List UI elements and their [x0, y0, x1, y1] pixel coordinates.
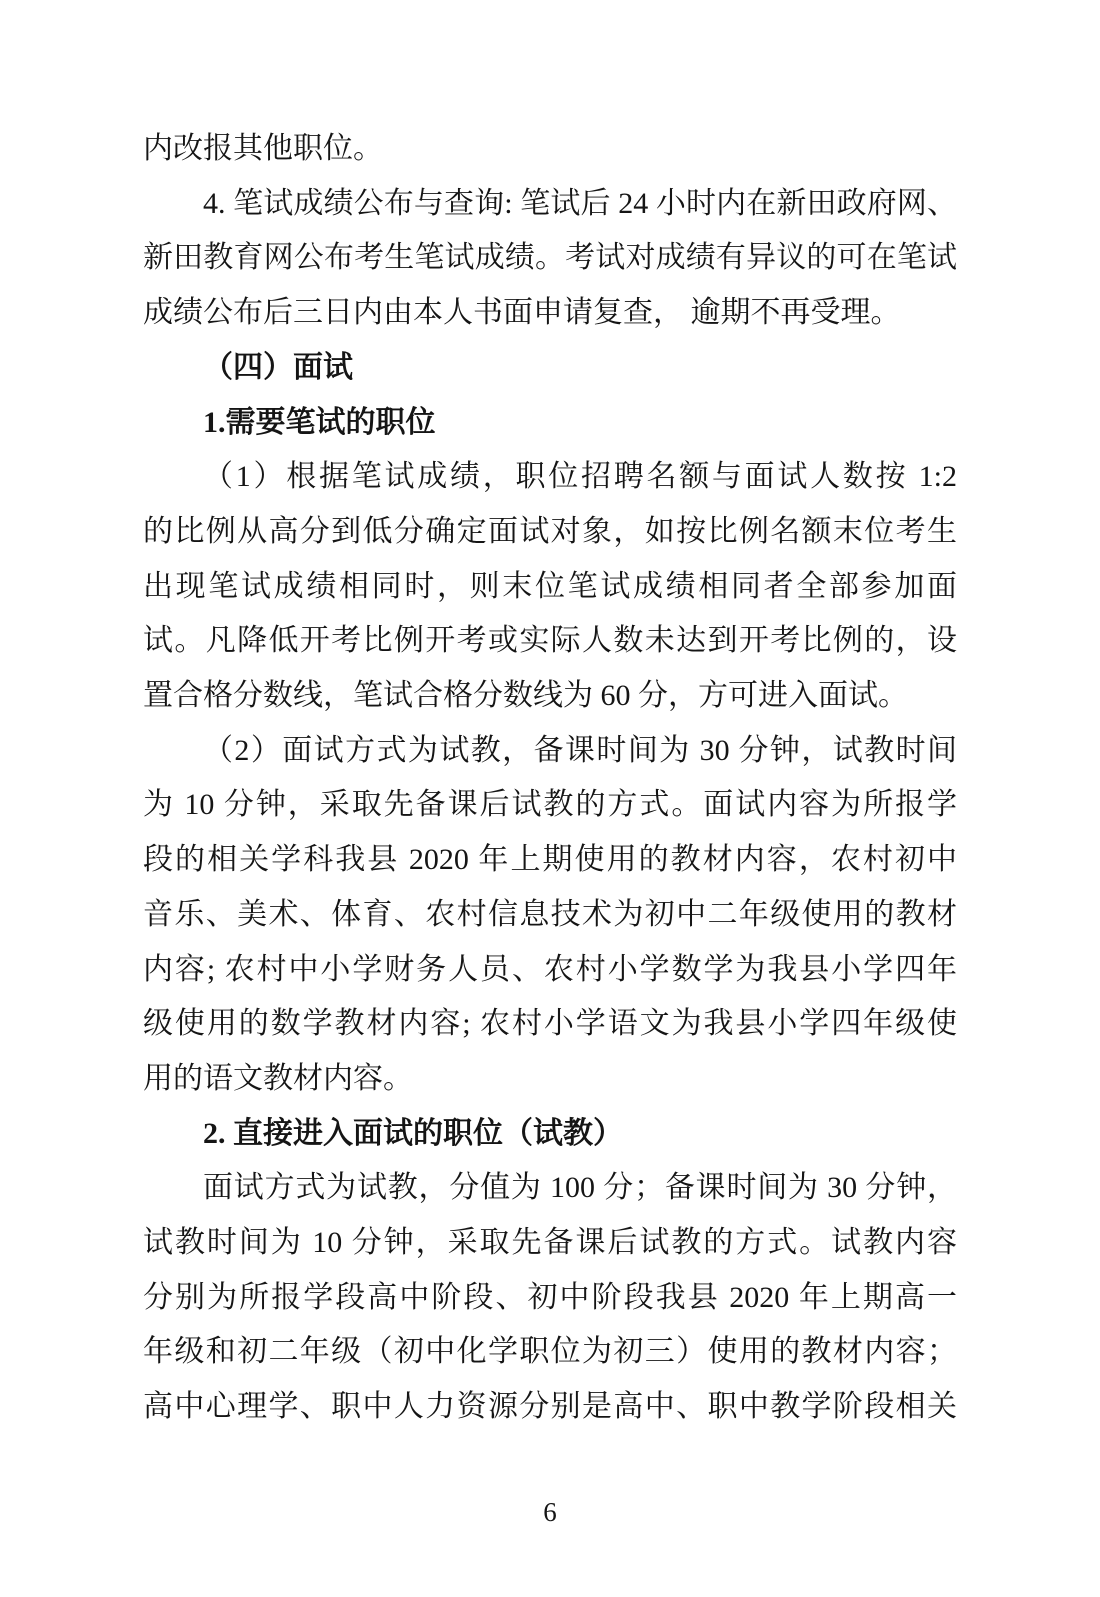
text-line: 用的语文教材内容。 [143, 1052, 957, 1107]
text-line: 新田教育网公布考生笔试成绩。考试对成绩有异议的可在笔试 [143, 231, 957, 286]
text-line: 置合格分数线，笔试合格分数线为 60 分，方可进入面试。 [143, 669, 957, 724]
section-heading: 2. 直接进入面试的职位（试教） [143, 1107, 957, 1162]
text-line: 年级和初二年级（初中化学职位为初三）使用的教材内容； [143, 1325, 957, 1380]
text-line: 高中心理学、职中人力资源分别是高中、职中教学阶段相关 [143, 1380, 957, 1435]
text-line: 为 10 分钟，采取先备课后试教的方式。面试内容为所报学 [143, 778, 957, 833]
text-line: 的比例从高分到低分确定面试对象，如按比例名额末位考生 [143, 505, 957, 560]
text-line: （1）根据笔试成绩，职位招聘名额与面试人数按 1:2 [143, 450, 957, 505]
text-line: 内改报其他职位。 [143, 122, 957, 177]
section-heading: 1.需要笔试的职位 [143, 396, 957, 451]
page-number: 6 [0, 1492, 1100, 1532]
text-line: 试。凡降低开考比例开考或实际人数未达到开考比例的，设 [143, 614, 957, 669]
text-line: 面试方式为试教，分值为 100 分；备课时间为 30 分钟， [143, 1161, 957, 1216]
text-line: 内容; 农村中小学财务人员、农村小学数学为我县小学四年 [143, 943, 957, 998]
text-line: （2）面试方式为试教，备课时间为 30 分钟，试教时间 [143, 724, 957, 779]
text-line: 4. 笔试成绩公布与查询: 笔试后 24 小时内在新田政府网、 [143, 177, 957, 232]
text-line: 出现笔试成绩相同时，则末位笔试成绩相同者全部参加面 [143, 560, 957, 615]
text-line: 试教时间为 10 分钟，采取先备课后试教的方式。试教内容 [143, 1216, 957, 1271]
document-body: 内改报其他职位。4. 笔试成绩公布与查询: 笔试后 24 小时内在新田政府网、新… [143, 122, 957, 1435]
text-line: 级使用的数学教材内容; 农村小学语文为我县小学四年级使 [143, 997, 957, 1052]
text-line: 成绩公布后三日内由本人书面申请复查， 逾期不再受理。 [143, 286, 957, 341]
text-line: 分别为所报学段高中阶段、初中阶段我县 2020 年上期高一 [143, 1271, 957, 1326]
section-heading: （四）面试 [143, 341, 957, 396]
text-line: 音乐、美术、体育、农村信息技术为初中二年级使用的教材 [143, 888, 957, 943]
text-line: 段的相关学科我县 2020 年上期使用的教材内容，农村初中 [143, 833, 957, 888]
document-page: 内改报其他职位。4. 笔试成绩公布与查询: 笔试后 24 小时内在新田政府网、新… [0, 0, 1100, 1597]
